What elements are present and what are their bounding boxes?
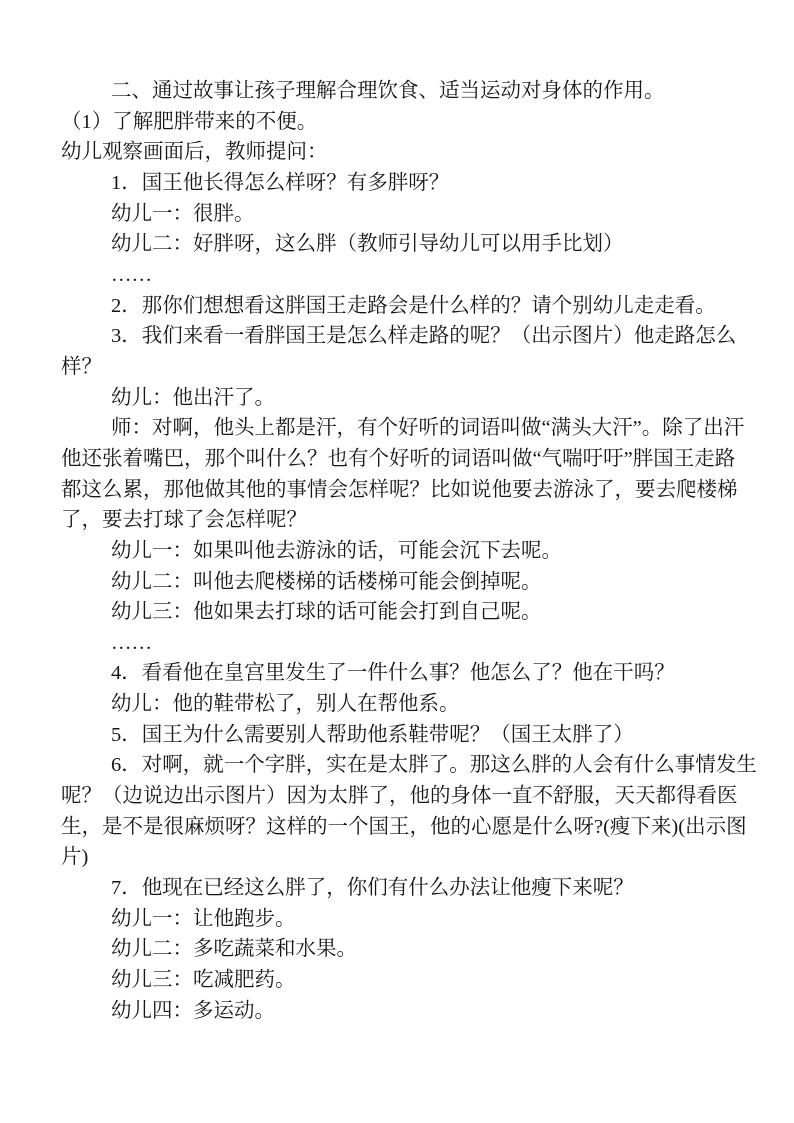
text-line: …… [61,628,738,659]
text-line: 5．国王为什么需要别人帮助他系鞋带呢？（国王太胖了） [61,720,738,751]
text-line: 幼儿二：好胖呀，这么胖（教师引导幼儿可以用手比划） [61,229,738,260]
text-line: 幼儿：他出汗了。 [61,383,738,414]
text-line: 幼儿二：叫他去爬楼梯的话楼梯可能会倒掉呢。 [61,567,738,598]
text-line: 师：对啊，他头上都是汗，有个好听的词语叫做“满头大汗”。除了出汗 [61,413,738,444]
text-line: 样？ [61,352,738,383]
text-line: 生，是不是很麻烦呀？这样的一个国王，他的心愿是什么呀?(瘦下来)(出示图 [61,812,738,843]
text-line: 幼儿四：多运动。 [61,996,738,1027]
text-line: 2．那你们想想看这胖国王走路会是什么样的？请个别幼儿走走看。 [61,291,738,322]
text-line: 幼儿三：他如果去打球的话可能会打到自己呢。 [61,597,738,628]
text-line: 幼儿三：吃减肥药。 [61,965,738,996]
document-body: 二、通过故事让孩子理解合理饮食、适当运动对身体的作用。（1）了解肥胖带来的不便。… [61,76,738,1026]
text-line: 幼儿一：很胖。 [61,199,738,230]
text-line: 1．国王他长得怎么样呀？有多胖呀？ [61,168,738,199]
text-line: 幼儿一：让他跑步。 [61,904,738,935]
text-line: …… [61,260,738,291]
text-line: 幼儿二：多吃蔬菜和水果。 [61,934,738,965]
text-line: 幼儿：他的鞋带松了，别人在帮他系。 [61,689,738,720]
text-line: 7．他现在已经这么胖了，你们有什么办法让他瘦下来呢？ [61,873,738,904]
text-line: 二、通过故事让孩子理解合理饮食、适当运动对身体的作用。 [61,76,738,107]
text-line: 都这么累，那他做其他的事情会怎样呢？比如说他要去游泳了，要去爬楼梯 [61,475,738,506]
text-line: 3．我们来看一看胖国王是怎么样走路的呢？（出示图片）他走路怎么 [61,321,738,352]
text-line: 他还张着嘴巴，那个叫什么？也有个好听的词语叫做“气喘吁吁”胖国王走路 [61,444,738,475]
text-line: 6．对啊，就一个字胖，实在是太胖了。那这么胖的人会有什么事情发生 [61,750,738,781]
text-line: 片) [61,842,738,873]
text-line: （1）了解肥胖带来的不便。 [61,107,738,138]
text-line: 呢？（边说边出示图片）因为太胖了，他的身体一直不舒服，天天都得看医 [61,781,738,812]
text-line: 了，要去打球了会怎样呢？ [61,505,738,536]
text-line: 幼儿一：如果叫他去游泳的话，可能会沉下去呢。 [61,536,738,567]
text-line: 幼儿观察画面后，教师提问： [61,137,738,168]
document-page: 二、通过故事让孩子理解合理饮食、适当运动对身体的作用。（1）了解肥胖带来的不便。… [0,0,794,1123]
text-line: 4．看看他在皇宫里发生了一件什么事？他怎么了？他在干吗？ [61,658,738,689]
